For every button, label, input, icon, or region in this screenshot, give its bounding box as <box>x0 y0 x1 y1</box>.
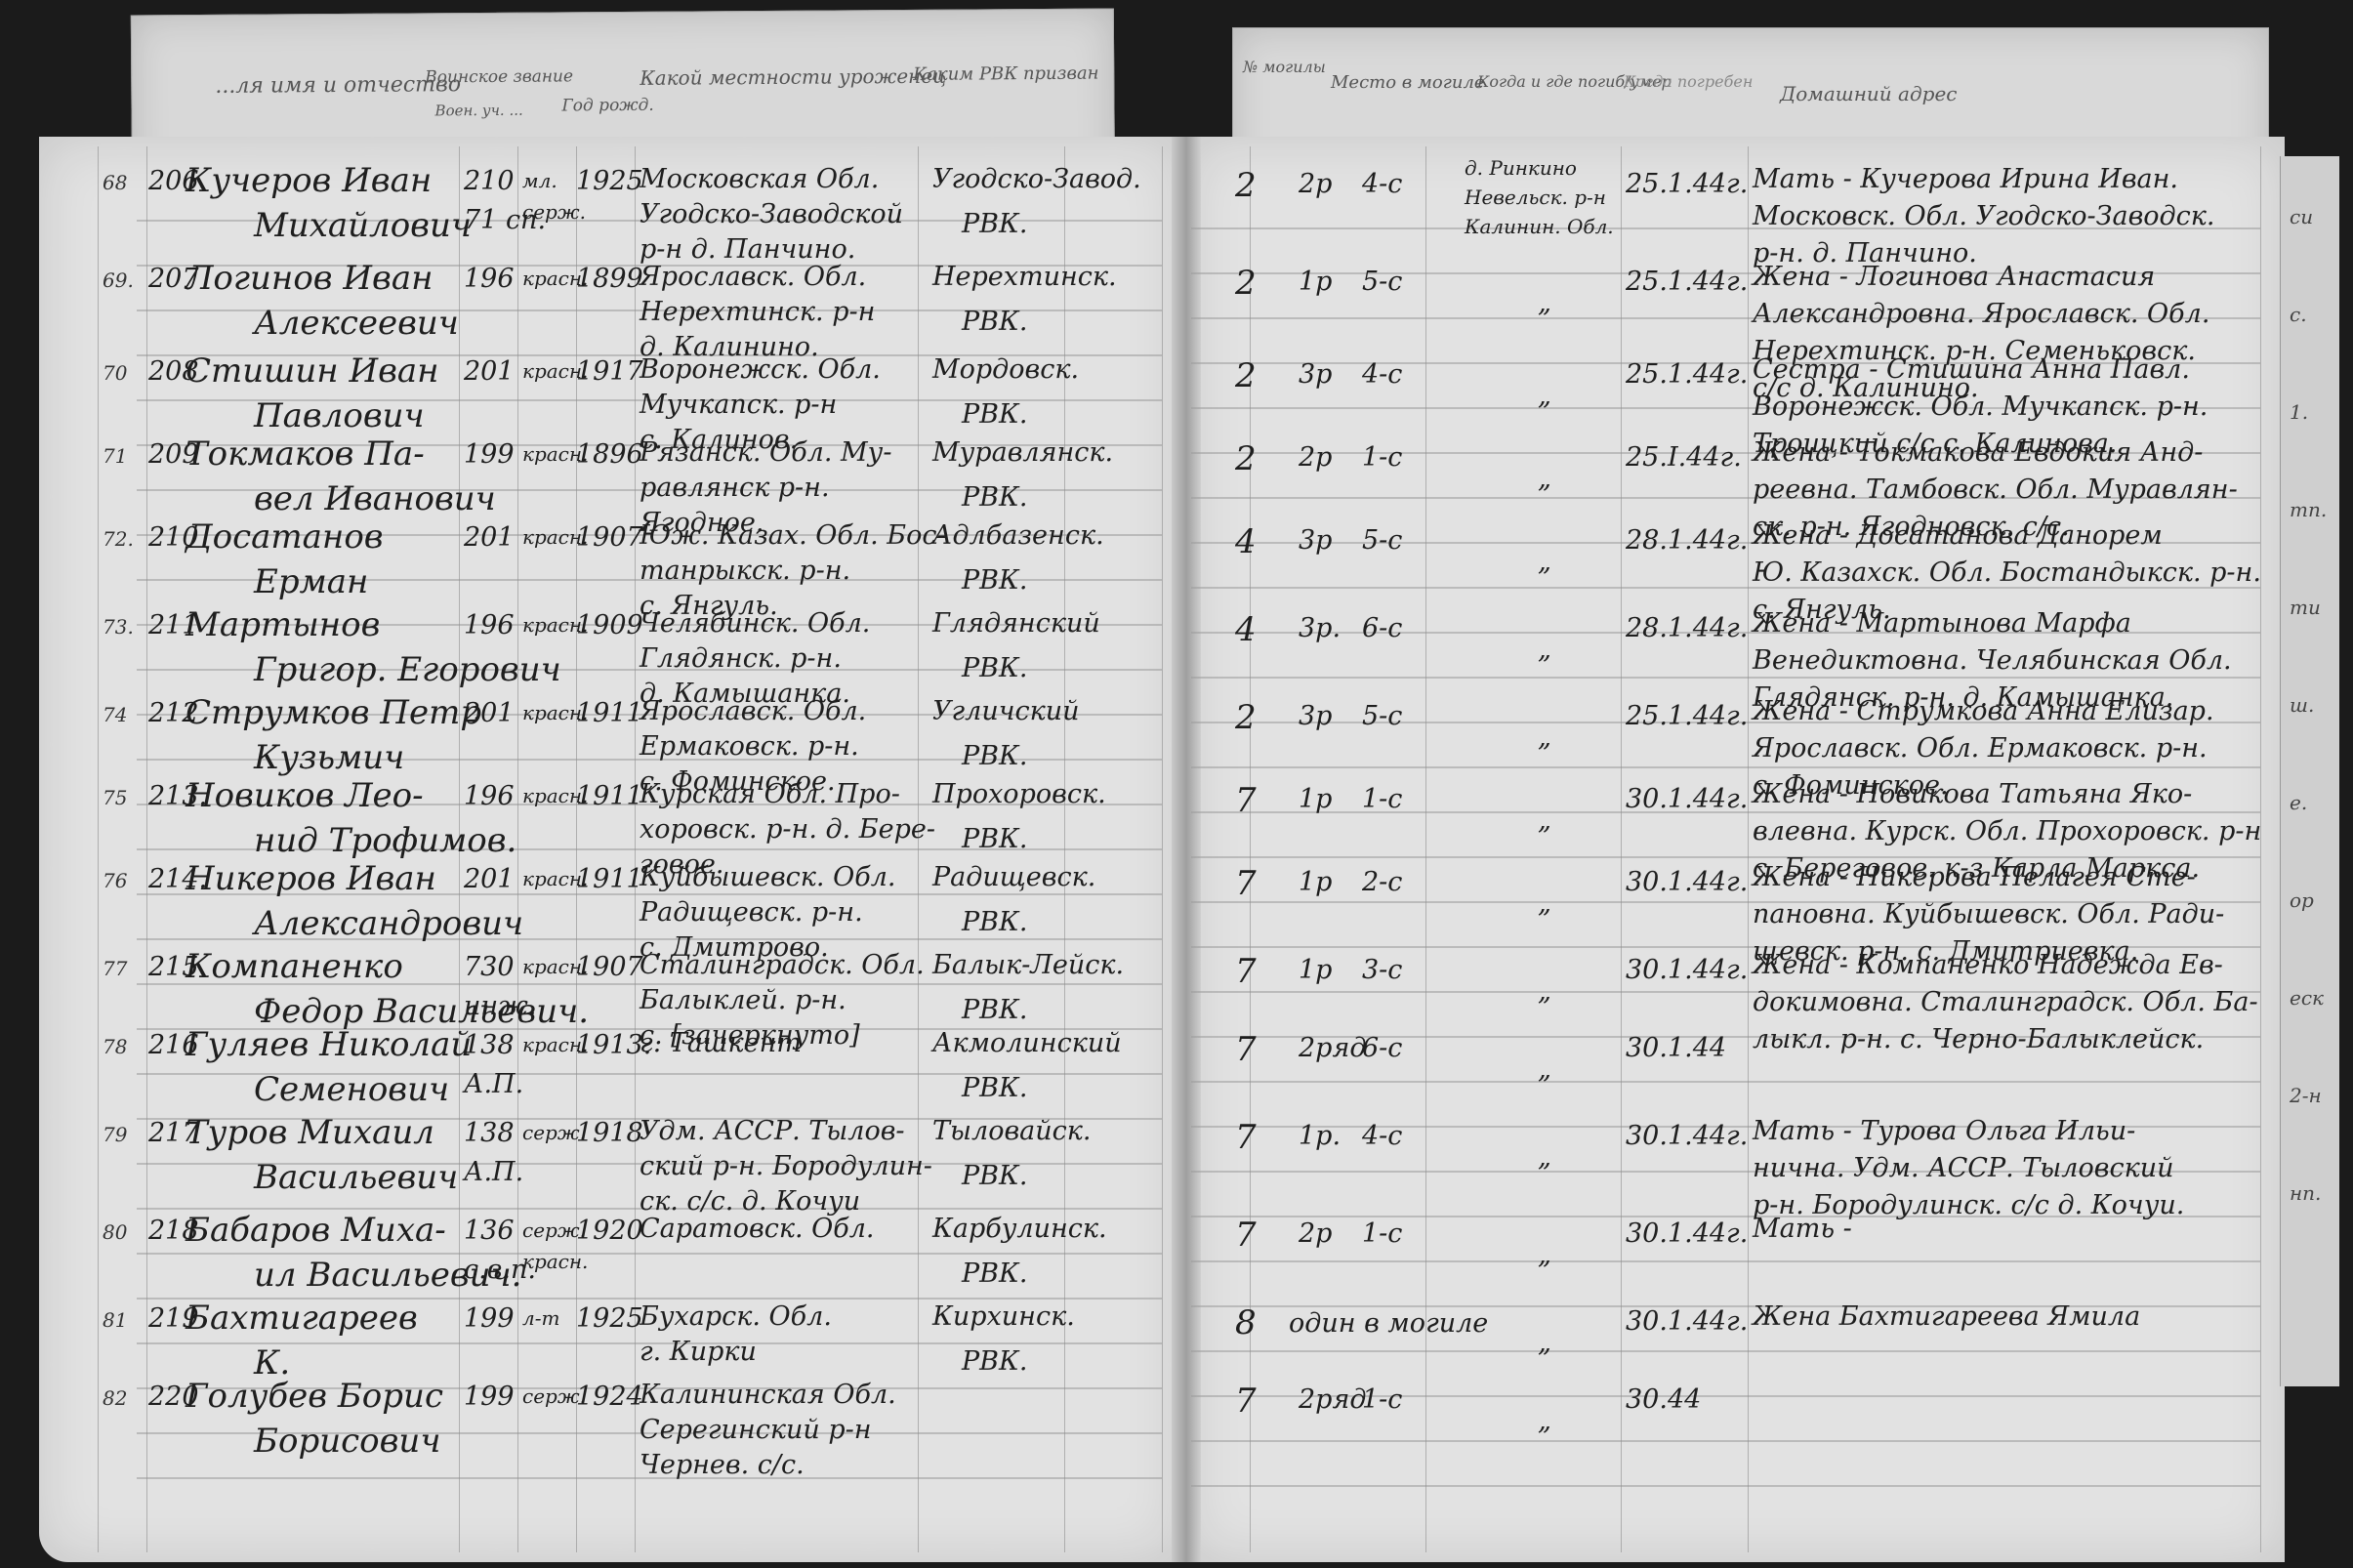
home-address: нична. Удм. АССР. Тыловский <box>1753 1153 2173 1183</box>
header-col-year: Год рожд. <box>561 96 653 116</box>
unit: А.П. <box>464 1069 523 1099</box>
rvk: Мордовск. <box>932 354 1079 385</box>
margin-number: 76 <box>103 869 127 892</box>
column-line-left <box>98 146 99 1552</box>
rvk: РВК. <box>962 399 1028 430</box>
rvk: РВК. <box>962 307 1028 337</box>
edge-fragment: 1. <box>2290 400 2308 424</box>
death-place-ditto: „ <box>1538 1240 1551 1270</box>
grave-number: 2 <box>1235 264 1257 303</box>
origin: Рязанск. Обл. Му- <box>640 437 891 468</box>
soldier-name: Павлович <box>254 396 425 435</box>
rvk: Балык-Лейск. <box>932 950 1124 980</box>
death-place-ditto: „ <box>1538 888 1551 919</box>
margin-number: 77 <box>103 957 127 980</box>
origin: ский р-н. Бородулин- <box>640 1151 932 1181</box>
column-line-left <box>146 146 147 1552</box>
place-row: 2ряд <box>1299 1033 1366 1063</box>
origin: танрыкск. р-н. <box>640 556 850 586</box>
origin: Куйбышевск. Обл. <box>640 862 896 892</box>
burial-date: 30.1.44г. <box>1626 955 1748 985</box>
grave-number: 7 <box>1235 1216 1257 1255</box>
burial-date: 30.1.44г. <box>1626 784 1748 814</box>
home-address: влевна. Курск. Обл. Прохоровск. р-н <box>1753 816 2261 846</box>
edge-fragment: еск <box>2290 986 2324 1010</box>
origin: Ермаковск. р-н. <box>640 731 859 762</box>
rvk: Нерехтинск. <box>932 262 1117 292</box>
soldier-name: Голубев Борис <box>186 1377 443 1416</box>
place-row: 1р <box>1299 784 1332 814</box>
place-in-grave: один в могиле <box>1289 1308 1488 1339</box>
death-place-ditto: „ <box>1538 1406 1551 1436</box>
margin-number: 75 <box>103 786 127 809</box>
header-col-place: Место в могиле <box>1331 72 1485 93</box>
burial-date: 25.1.44г. <box>1626 267 1748 297</box>
origin: Воронежск. Обл. <box>640 354 881 385</box>
rvk: РВК. <box>962 995 1028 1025</box>
home-address: пановна. Куйбышевск. Обл. Ради- <box>1753 899 2224 929</box>
header-col-rank: Воинское звание <box>425 66 573 87</box>
origin: Сталинградск. Обл. <box>640 950 925 980</box>
birth-year: 1918 <box>576 1118 643 1148</box>
origin: равлянск р-н. <box>640 473 830 503</box>
death-place: д. Ринкино <box>1465 156 1577 180</box>
origin: Угодско-Заводской <box>640 199 903 229</box>
home-address: Ярославск. Обл. Ермаковск. р-н. <box>1753 733 2208 763</box>
origin: Челябинск. Обл. <box>640 608 870 639</box>
soldier-name: Борисович <box>254 1422 440 1461</box>
rvk: РВК. <box>962 1161 1028 1191</box>
rvk: РВК. <box>962 565 1028 596</box>
origin: хоровск. р-н. д. Бере- <box>640 814 935 845</box>
edge-fragment: ш. <box>2290 693 2314 717</box>
column-line-right <box>2260 146 2261 1552</box>
home-address: Жена - Никерова Пелагея Сте- <box>1753 862 2196 892</box>
rvk: РВК. <box>962 653 1028 683</box>
rule-line-right <box>1191 1485 2260 1487</box>
origin: Серегинский р-н <box>640 1415 872 1445</box>
home-address: Жена - Компаненко Надежда Ев- <box>1753 950 2223 980</box>
burial-date: 30.1.44 <box>1626 1033 1726 1063</box>
home-address: Венедиктовна. Челябинская Обл. <box>1753 645 2232 676</box>
rvk: Тыловайск. <box>932 1116 1091 1146</box>
home-address: Александровна. Ярославск. Обл. <box>1753 299 2209 329</box>
header-col-address: Домашний адрес <box>1780 82 1957 105</box>
death-place-ditto: „ <box>1538 1328 1551 1358</box>
death-place-ditto: „ <box>1538 976 1551 1007</box>
home-address: Жена - Досатанова Данорем <box>1753 520 2163 551</box>
rule-line-right <box>1191 1081 2260 1083</box>
burial-date: 30.44 <box>1626 1384 1701 1415</box>
book-spine <box>1172 137 1201 1562</box>
grave-number: 2 <box>1235 698 1257 737</box>
soldier-name: Мартынов <box>186 605 380 644</box>
header-col-rvk: Каким РВК призван <box>913 63 1098 85</box>
header-col-grave: № могилы <box>1243 58 1326 76</box>
margin-number: 72. <box>103 527 134 551</box>
rvk: Карбулинск. <box>932 1214 1107 1244</box>
soldier-name: Бахтигареев <box>186 1299 418 1338</box>
home-address: Жена - Токмакова Евдокия Анд- <box>1753 437 2203 468</box>
soldier-name: Струмков Петр <box>186 693 481 732</box>
soldier-name: Новиков Лео- <box>186 776 424 815</box>
origin: Бухарск. Обл. <box>640 1301 832 1332</box>
rvk: РВК. <box>962 824 1028 854</box>
origin: Радищевск. р-н. <box>640 897 863 928</box>
grave-number: 8 <box>1235 1303 1257 1342</box>
origin: р-н д. Панчино. <box>640 234 855 265</box>
header-col-military: Воен. уч. ... <box>434 102 522 120</box>
grave-number: 7 <box>1235 864 1257 903</box>
burial-date: 28.1.44г. <box>1626 525 1748 556</box>
edge-fragment: нп. <box>2290 1181 2321 1205</box>
unit: 201 <box>464 864 515 894</box>
grave-number: 2 <box>1235 356 1257 395</box>
birth-year: 1925 <box>576 1303 643 1334</box>
grave-number: 7 <box>1235 1382 1257 1421</box>
death-place-ditto: „ <box>1538 464 1551 494</box>
edge-fragment: е. <box>2290 791 2307 814</box>
origin: г. Ташкент <box>640 1028 802 1058</box>
birth-year: 1920 <box>576 1216 643 1246</box>
death-place-ditto: „ <box>1538 722 1551 753</box>
origin: Юж. Казах. Обл. Бос- <box>640 520 946 551</box>
origin: Балыклей. р-н. <box>640 985 846 1015</box>
soldier-name: Александрович <box>254 904 523 943</box>
place-seat: 6-с <box>1362 613 1402 643</box>
rank: л-т <box>522 1306 559 1330</box>
origin: Московская Обл. <box>640 164 879 194</box>
birth-year: 1907 <box>576 522 643 553</box>
burial-date: 28.1.44г. <box>1626 613 1748 643</box>
origin: Ярославск. Обл. <box>640 262 866 292</box>
burial-date: 30.1.44г. <box>1626 1306 1748 1337</box>
death-place: Калинин. Обл. <box>1465 215 1614 238</box>
rule-line-right <box>1191 1260 2260 1262</box>
rvk: Акмолинский <box>932 1028 1122 1058</box>
soldier-name: Алексеевич <box>254 304 459 343</box>
home-address: Мать - Кучерова Ирина Иван. <box>1753 164 2178 194</box>
margin-number: 78 <box>103 1035 127 1058</box>
place-row: 1р <box>1299 955 1332 985</box>
birth-year: 1896 <box>576 439 643 470</box>
grave-number: 2 <box>1235 439 1257 478</box>
margin-number: 82 <box>103 1386 127 1410</box>
unit: 136 <box>464 1216 515 1246</box>
unit: 210 <box>464 166 515 196</box>
grave-number: 7 <box>1235 952 1257 991</box>
rvk: Прохоровск. <box>932 779 1106 809</box>
home-address: Сестра - Стишина Анна Павл. <box>1753 354 2190 385</box>
place-seat: 4-с <box>1362 169 1402 199</box>
home-address: Жена - Струмкова Анна Елизар. <box>1753 696 2214 726</box>
rank: серж. <box>522 200 586 224</box>
soldier-name: Бабаров Миха- <box>186 1211 446 1250</box>
birth-year: 1917 <box>576 356 643 387</box>
origin: Ярославск. Обл. <box>640 696 866 726</box>
place-seat: 5-с <box>1362 267 1402 297</box>
place-row: 2ряд <box>1299 1384 1366 1415</box>
unit: 138 <box>464 1118 515 1148</box>
place-seat: 6-с <box>1362 1033 1402 1063</box>
rvk: РВК. <box>962 482 1028 513</box>
home-address: Жена - Новикова Татьяна Яко- <box>1753 779 2192 809</box>
soldier-name: вел Иванович <box>254 479 496 518</box>
birth-year: 1924 <box>576 1382 643 1412</box>
birth-year: 1911 <box>576 781 643 811</box>
place-seat: 4-с <box>1362 1121 1402 1151</box>
origin: Удм. АССР. Тылов- <box>640 1116 905 1146</box>
birth-year: 1899 <box>576 264 643 294</box>
place-row: 1р <box>1299 867 1332 897</box>
unit: 199 <box>464 1303 515 1334</box>
unit: 196 <box>464 781 515 811</box>
death-place-ditto: „ <box>1538 1142 1551 1173</box>
unit: 199 <box>464 439 515 470</box>
unit: 196 <box>464 610 515 640</box>
home-address: Воронежск. Обл. Мучкапск. р-н. <box>1753 392 2208 422</box>
margin-number: 81 <box>103 1308 127 1332</box>
header-col-origin: Какой местности уроженец <box>640 64 946 90</box>
place-row: 3р <box>1299 701 1332 731</box>
edge-fragment: ти <box>2290 596 2321 619</box>
column-line-left <box>517 146 518 1552</box>
place-seat: 4-с <box>1362 359 1402 390</box>
burial-date: 25.1.44г. <box>1626 359 1748 390</box>
edge-fragment: си <box>2290 205 2313 228</box>
unit: 199 <box>464 1382 515 1412</box>
origin: Саратовск. Обл. <box>640 1214 875 1244</box>
burial-date: 25.I.44г. <box>1626 442 1742 473</box>
place-row: 1р. <box>1299 1121 1341 1151</box>
unit: 201 <box>464 698 515 728</box>
soldier-name: Компаненко <box>186 947 403 986</box>
burial-date: 30.1.44г. <box>1626 867 1748 897</box>
margin-number: 71 <box>103 444 127 468</box>
rvk: РВК. <box>962 907 1028 937</box>
soldier-name: Кучеров Иван <box>186 161 432 200</box>
place-row: 1р <box>1299 267 1332 297</box>
rvk: РВК. <box>962 1259 1028 1289</box>
place-seat: 1-с <box>1362 1218 1402 1249</box>
home-address: Ю. Казахск. Обл. Бостандыкск. р-н. <box>1753 557 2261 588</box>
rule-line-right <box>1191 1440 2260 1442</box>
margin-number: 73. <box>103 615 134 639</box>
margin-number: 80 <box>103 1220 127 1244</box>
margin-number: 79 <box>103 1123 127 1146</box>
home-address: Жена - Логинова Анастасия <box>1753 262 2155 292</box>
death-place-ditto: „ <box>1538 547 1551 577</box>
soldier-name: Никеров Иван <box>186 859 436 898</box>
birth-year: 1911 <box>576 864 643 894</box>
rvk: Муравлянск. <box>932 437 1113 468</box>
grave-number: 7 <box>1235 1030 1257 1069</box>
column-line-right <box>1621 146 1622 1552</box>
grave-number: 2 <box>1235 166 1257 205</box>
home-address: Мать - Турова Ольга Ильи- <box>1753 1116 2135 1146</box>
unit: 201 <box>464 522 515 553</box>
rvk: Угодско-Завод. <box>932 164 1141 194</box>
rvk: Радищевск. <box>932 862 1095 892</box>
edge-fragment: с. <box>2290 303 2307 326</box>
soldier-name: нид Трофимов. <box>254 821 516 860</box>
soldier-name: Кузьмич <box>254 738 404 777</box>
margin-number: 69. <box>103 268 134 292</box>
soldier-name: Васильевич <box>254 1158 458 1197</box>
soldier-name: Туров Михаил <box>186 1113 434 1152</box>
place-row: 3р <box>1299 525 1332 556</box>
birth-year: 1907 <box>576 952 643 982</box>
unit: 196 <box>464 264 515 294</box>
rvk: Кирхинск. <box>932 1301 1075 1332</box>
birth-year: 1909 <box>576 610 643 640</box>
unit: 138 <box>464 1030 515 1060</box>
grave-number: 4 <box>1235 610 1257 649</box>
edge-fragment: тп. <box>2290 498 2327 521</box>
death-place-ditto: „ <box>1538 805 1551 836</box>
home-address: лыкл. р-н. с. Черно-Балыклейск. <box>1753 1024 2204 1054</box>
margin-number: 68 <box>103 171 127 194</box>
rank: красн. <box>522 1250 588 1273</box>
margin-number: 70 <box>103 361 127 385</box>
soldier-name: Семенович <box>254 1070 449 1109</box>
origin: Нерехтинск. р-н <box>640 297 875 327</box>
unit: 201 <box>464 356 515 387</box>
place-seat: 2-с <box>1362 867 1402 897</box>
origin: Курская Обл. Про- <box>640 779 900 809</box>
header-col-date: Когда погребен <box>1624 72 1753 91</box>
place-seat: 5-с <box>1362 701 1402 731</box>
grave-number: 7 <box>1235 781 1257 820</box>
death-place-ditto: „ <box>1538 288 1551 318</box>
unit: инж. <box>464 991 536 1021</box>
rvk: РВК. <box>962 1346 1028 1377</box>
rvk: РВК. <box>962 741 1028 771</box>
home-address: реевна. Тамбовск. Обл. Муравлян- <box>1753 475 2238 505</box>
birth-year: 1911 <box>576 698 643 728</box>
place-seat: 1-с <box>1362 784 1402 814</box>
burial-date: 25.1.44г. <box>1626 701 1748 731</box>
rule-line-right <box>1191 766 2260 768</box>
rvk: РВК. <box>962 1073 1028 1103</box>
rvk: Адлбазенск. <box>932 520 1104 551</box>
death-place-ditto: „ <box>1538 381 1551 411</box>
unit: 730 <box>464 952 515 982</box>
soldier-name: Гуляев Николай <box>186 1025 472 1064</box>
burial-date: 30.1.44г. <box>1626 1218 1748 1249</box>
death-place: Невельск. р-н <box>1465 186 1606 209</box>
column-line-right <box>1748 146 1749 1552</box>
edge-fragment: 2-н <box>2290 1084 2322 1107</box>
burial-date: 30.1.44г. <box>1626 1121 1748 1151</box>
home-address: Жена - Мартынова Марфа <box>1753 608 2131 639</box>
origin: ск. с/с. д. Кочуи <box>640 1186 860 1217</box>
place-row: 3р <box>1299 359 1332 390</box>
origin: Калининская Обл. <box>640 1380 896 1410</box>
place-row: 2р <box>1299 169 1332 199</box>
rule-line-right <box>1191 677 2260 679</box>
origin: Глядянск. р-н. <box>640 643 842 674</box>
burial-date: 25.1.44г. <box>1626 169 1748 199</box>
rule-line-left <box>137 1253 1162 1255</box>
soldier-name: Ерман <box>254 562 368 601</box>
grave-number: 4 <box>1235 522 1257 561</box>
rvk: Глядянский <box>932 608 1100 639</box>
soldier-name: Досатанов <box>186 517 384 557</box>
home-address: Жена Бахтигареева Ямила <box>1753 1301 2140 1332</box>
edge-fragment: ор <box>2290 888 2314 912</box>
death-place-ditto: „ <box>1538 1054 1551 1085</box>
grave-number: 7 <box>1235 1118 1257 1157</box>
column-line-left <box>1162 146 1163 1552</box>
soldier-name: Логинов Иван <box>186 259 433 298</box>
place-seat: 1-с <box>1362 1384 1402 1415</box>
home-address: Московск. Обл. Угодско-Заводск. <box>1753 201 2214 231</box>
column-line-left <box>918 146 919 1552</box>
soldier-name: Григор. Егорович <box>254 650 561 689</box>
birth-year: 1925 <box>576 166 643 196</box>
soldier-name: Токмаков Па- <box>186 434 425 474</box>
margin-number: 74 <box>103 703 127 726</box>
origin: Мучкапск. р-н <box>640 390 837 420</box>
death-place-ditto: „ <box>1538 635 1551 665</box>
column-line-right <box>1425 146 1426 1552</box>
soldier-name: Михайлович <box>254 206 472 245</box>
place-seat: 1-с <box>1362 442 1402 473</box>
unit: А.П. <box>464 1157 523 1187</box>
origin: г. Кирки <box>640 1337 757 1367</box>
rvk: РВК. <box>962 209 1028 239</box>
place-row: 3р. <box>1299 613 1341 643</box>
place-seat: 5-с <box>1362 525 1402 556</box>
home-address: Мать - <box>1753 1214 1852 1244</box>
place-seat: 3-с <box>1362 955 1402 985</box>
origin: Чернев. с/с. <box>640 1450 805 1480</box>
rank: мл. <box>522 169 557 192</box>
rvk: Угличский <box>932 696 1080 726</box>
home-address: докимовна. Сталинградск. Обл. Ба- <box>1753 987 2258 1017</box>
rule-line-right <box>1191 1350 2260 1352</box>
soldier-name: Стишин Иван <box>186 351 439 391</box>
place-row: 2р <box>1299 442 1332 473</box>
place-row: 2р <box>1299 1218 1332 1249</box>
